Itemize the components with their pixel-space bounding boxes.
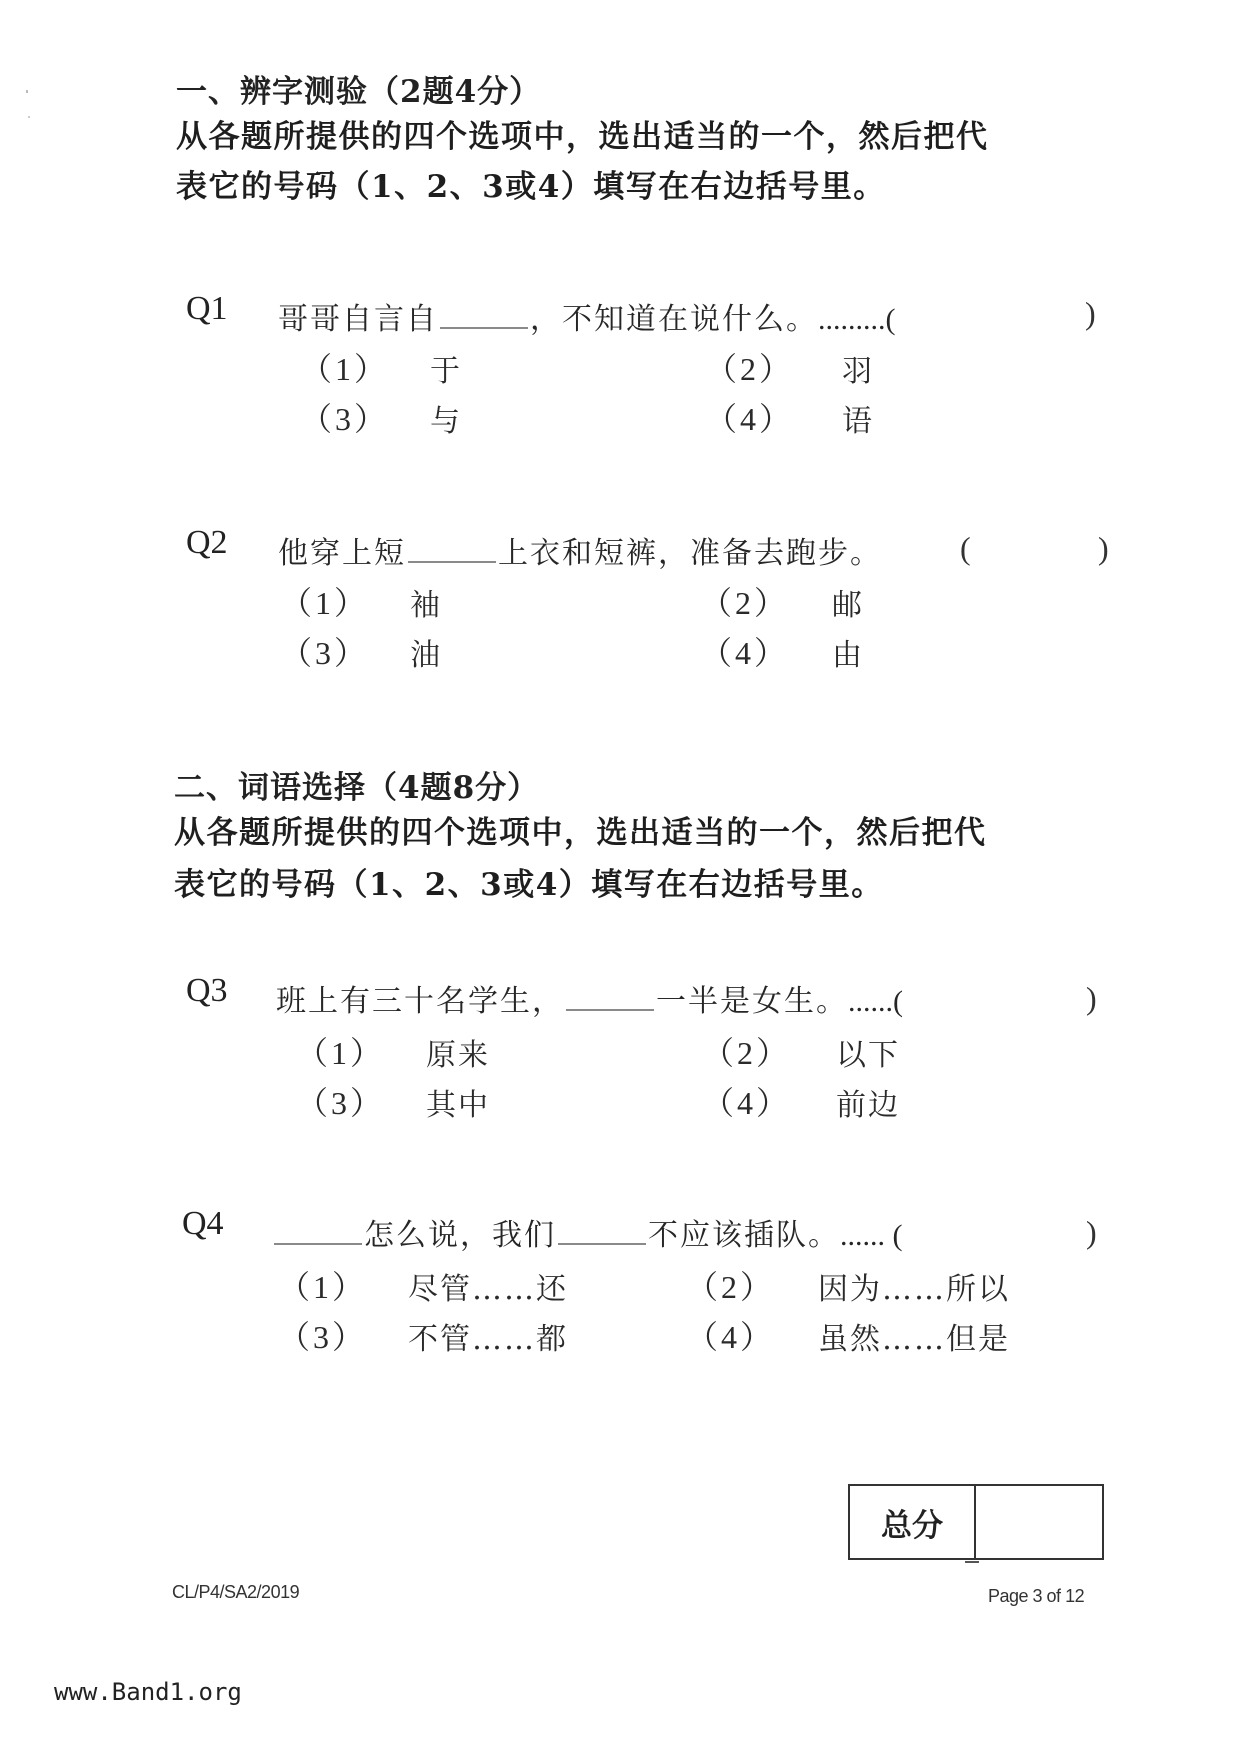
option-number: （1） <box>296 1028 385 1074</box>
option-number: （3） <box>296 1078 385 1124</box>
question-text: 他穿上短上衣和短裤，准备去跑步。 <box>278 528 882 572</box>
question-text-middle: 怎么说，我们 <box>364 1218 556 1253</box>
option-text: 尽管……还 <box>408 1264 568 1308</box>
option-number: （4） <box>702 1078 791 1124</box>
section-2-instruction-line2: 表它的号码（1、2、3或4）填写在右边括号里。 <box>174 860 884 910</box>
total-score-label: 总分 <box>850 1486 976 1558</box>
footer-page-number: Page 3 of 12 <box>988 1586 1084 1607</box>
option-number: （4） <box>686 1312 775 1358</box>
question-text-after: 不应该插队。 <box>648 1218 840 1253</box>
section-1-instruction-line2: 表它的号码（1、2、3或4）填写在右边括号里。 <box>176 162 886 212</box>
answer-bracket-close: ) <box>1086 980 1097 1017</box>
watermark-url: www.Band1.org <box>54 1678 242 1706</box>
option-number: （1） <box>278 1262 367 1308</box>
option-number: （3） <box>280 628 369 674</box>
scan-speck <box>26 90 28 93</box>
question-text-before: 哥哥自言自 <box>278 302 438 337</box>
option-text: 由 <box>832 630 864 674</box>
question-label: Q4 <box>182 1205 224 1243</box>
section-1-instruction-line1: 从各题所提供的四个选项中，选出适当的一个，然后把代 <box>176 112 989 162</box>
answer-leader: ...... ( <box>840 1219 903 1252</box>
section-2-instruction-line1: 从各题所提供的四个选项中，选出适当的一个，然后把代 <box>174 808 987 858</box>
option-text: 其中 <box>426 1080 490 1124</box>
question-text: 班上有三十名学生，一半是女生。......( <box>276 976 903 1020</box>
option-text: 与 <box>430 396 462 440</box>
total-score-field[interactable] <box>976 1486 1102 1558</box>
fill-blank <box>566 981 654 1011</box>
fill-blank <box>274 1215 362 1245</box>
scan-speck <box>28 116 30 118</box>
question-label: Q1 <box>186 290 228 328</box>
answer-field[interactable] <box>980 526 1090 566</box>
answer-bracket-close: ) <box>1085 295 1096 332</box>
option-text: 前边 <box>836 1080 900 1124</box>
question-text-before: 他穿上短 <box>278 536 406 571</box>
fill-blank <box>558 1215 646 1245</box>
question-text-before: 班上有三十名学生， <box>276 984 564 1019</box>
fill-blank <box>440 299 528 329</box>
section-2-title: 二、词语选择（4题8分） <box>174 762 539 807</box>
answer-leader: ......( <box>848 985 903 1018</box>
option-text: 袖 <box>410 580 442 624</box>
option-text: 邮 <box>832 580 864 624</box>
question-text: 哥哥自言自，不知道在说什么。.........( <box>278 294 896 338</box>
answer-bracket-close: ) <box>1098 530 1109 567</box>
option-text: 因为……所以 <box>818 1264 1010 1308</box>
option-text: 羽 <box>842 346 874 390</box>
option-number: （1） <box>300 344 389 390</box>
option-number: （4） <box>700 628 789 674</box>
fill-blank <box>408 533 496 563</box>
question-text-after: 上衣和短裤，准备去跑步。 <box>498 536 882 571</box>
option-text: 原来 <box>426 1030 490 1074</box>
question-text-after: 一半是女生。 <box>656 984 848 1019</box>
option-number: （4） <box>705 394 794 440</box>
answer-field[interactable] <box>980 1210 1080 1250</box>
answer-bracket-open: ( <box>960 530 971 567</box>
question-text: 怎么说，我们不应该插队。...... ( <box>272 1210 903 1254</box>
score-box-tick <box>965 1561 979 1563</box>
option-text: 于 <box>430 346 462 390</box>
section-1-title: 一、辨字测验（2题4分） <box>176 66 541 111</box>
option-text: 油 <box>410 630 442 674</box>
answer-field[interactable] <box>975 292 1080 332</box>
option-number: （2） <box>686 1262 775 1308</box>
total-score-box: 总分 <box>848 1484 1104 1560</box>
option-number: （3） <box>300 394 389 440</box>
option-number: （3） <box>278 1312 367 1358</box>
question-text-after: ，不知道在说什么。 <box>530 302 818 337</box>
answer-field[interactable] <box>975 976 1080 1016</box>
question-label: Q3 <box>186 972 228 1010</box>
option-text: 语 <box>842 396 874 440</box>
answer-leader: .........( <box>818 303 896 336</box>
option-text: 虽然……但是 <box>818 1314 1010 1358</box>
option-number: （1） <box>280 578 369 624</box>
footer-paper-code: CL/P4/SA2/2019 <box>172 1582 299 1603</box>
option-number: （2） <box>702 1028 791 1074</box>
option-text: 不管……都 <box>408 1314 568 1358</box>
option-number: （2） <box>700 578 789 624</box>
option-number: （2） <box>705 344 794 390</box>
answer-bracket-close: ) <box>1086 1214 1097 1251</box>
question-label: Q2 <box>186 524 228 562</box>
option-text: 以下 <box>836 1030 900 1074</box>
